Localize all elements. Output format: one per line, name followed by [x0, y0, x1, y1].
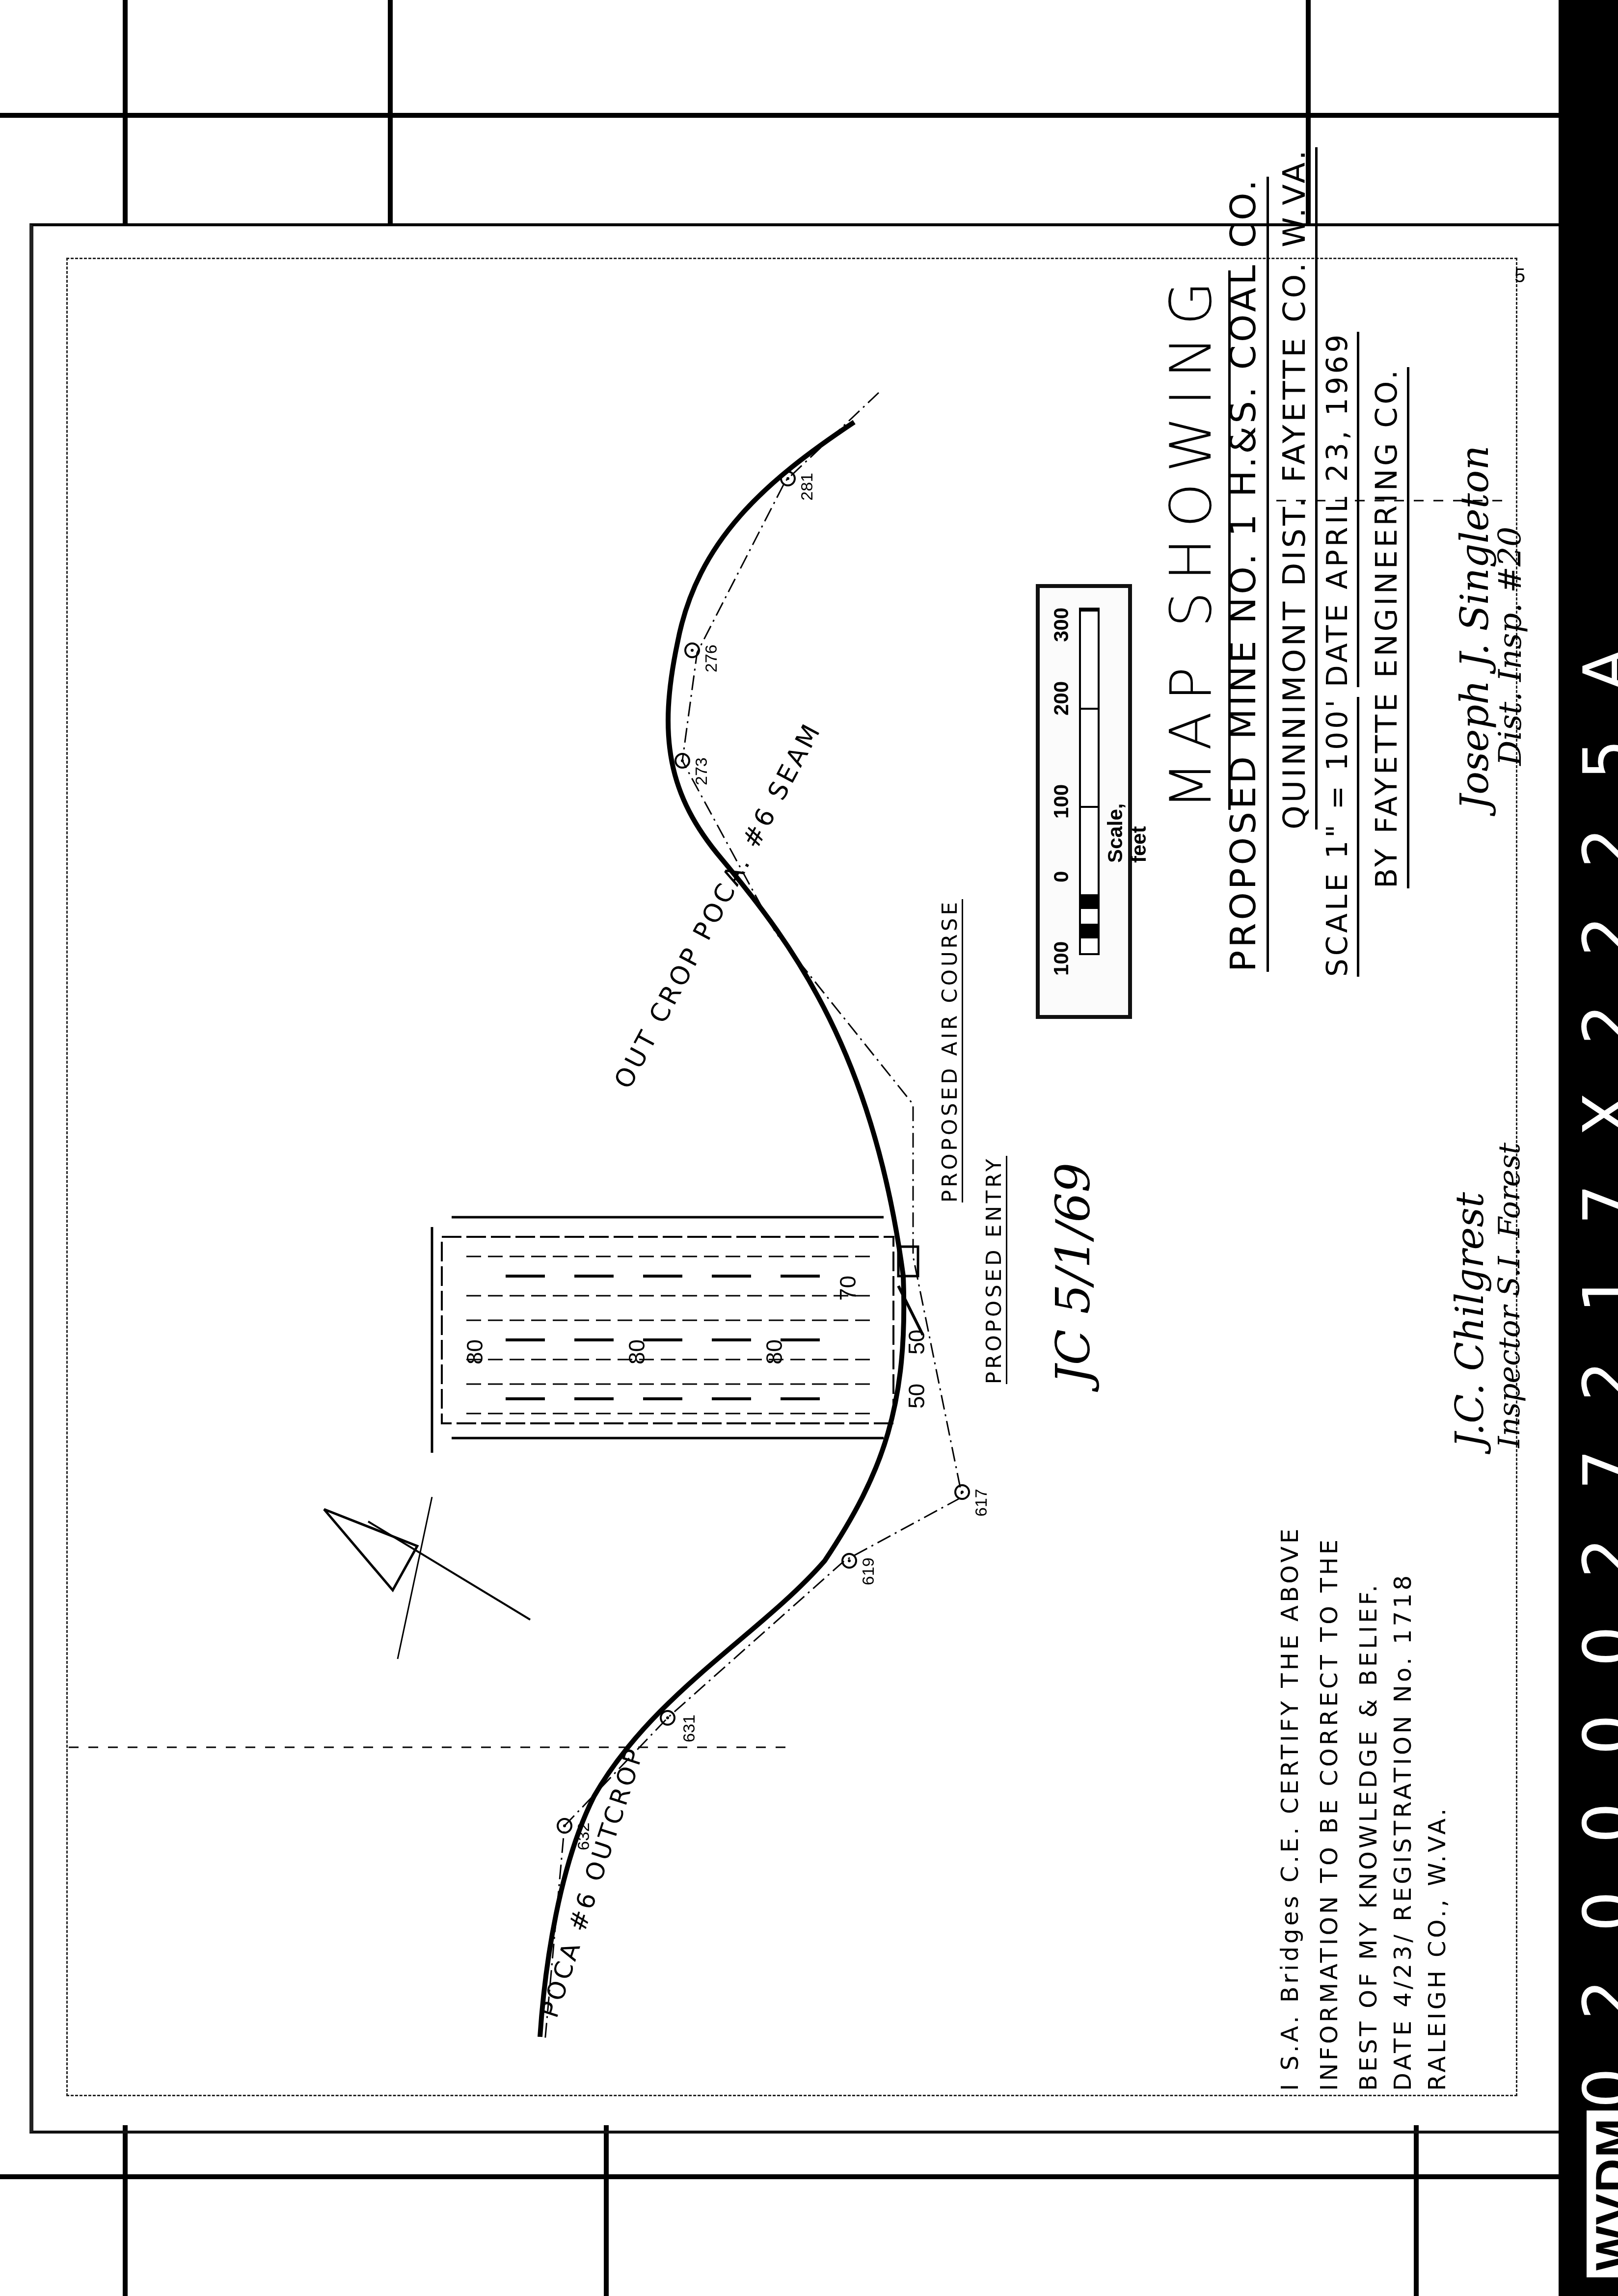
outcrop-line — [540, 422, 904, 2037]
scale-caption: Scale, feet — [1104, 803, 1151, 863]
signature-district-inspector-title: Dist. Insp. #20 — [1492, 527, 1529, 766]
dim-entry-50b: 50 — [903, 1384, 930, 1409]
scale-tick-300: 300 — [1050, 608, 1073, 642]
dim-pillar-3: 80 — [761, 1339, 787, 1364]
dim-pillar-2: 80 — [623, 1339, 650, 1364]
label-proposed-air-course: PROPOSED AIR COURSE — [938, 899, 963, 1202]
map-location: QUINNIMONT DIST. FAYETTE CO. W.VA. — [1276, 147, 1318, 829]
station-631: 631 — [680, 1714, 699, 1742]
approval-initials: JC 5/1/69 — [1046, 1163, 1101, 1384]
corner-mark: 5 — [1514, 265, 1525, 287]
scale-tick-100: 100 — [1050, 784, 1073, 819]
map-date: DATE APRIL 23, 1969 — [1321, 332, 1359, 687]
station-markers — [558, 472, 969, 1833]
signature-inspector-title: Inspector S.I. Forest — [1492, 1143, 1527, 1448]
scale-tick-100-left: 100 — [1050, 941, 1073, 976]
label-proposed-entry: PROPOSED ENTRY — [982, 1156, 1007, 1384]
map-subject: PROPOSED MINE NO. 1 H.&S. COAL CO. — [1222, 177, 1269, 972]
certification-line-4: DATE 4/23/ REGISTRATION No. 1718 — [1389, 1573, 1417, 2091]
signature-inspector: J.C. Chilgrest — [1448, 1192, 1492, 1448]
scale-bar: 100 0 100 200 300 Scale, feet — [1036, 584, 1132, 1019]
mine-block — [432, 1217, 923, 1453]
dim-pillar-1: 80 — [461, 1339, 488, 1364]
map-scale: SCALE 1" = 100' — [1321, 697, 1359, 977]
film-id-strip: WVDM 0 2 0 0 0 0 2 7 2 1 7 X 2 2 2 5 A — [1559, 0, 1618, 2296]
station-617: 617 — [972, 1489, 991, 1517]
station-632: 632 — [574, 1822, 593, 1850]
scale-tick-0: 0 — [1050, 871, 1073, 882]
map-prepared-by: BY FAYETTE ENGINEERING CO. — [1370, 367, 1409, 888]
north-arrow — [324, 1497, 530, 1659]
signature-district-inspector: Joseph J. Singleton — [1453, 446, 1497, 810]
film-tag: WVDM — [1587, 2110, 1618, 2277]
film-number: 0 2 0 0 0 0 2 7 2 1 7 X 2 2 2 5 A — [1569, 634, 1618, 2109]
station-281: 281 — [798, 473, 817, 501]
station-276: 276 — [702, 644, 721, 672]
scale-tick-200: 200 — [1050, 681, 1073, 716]
certification-line-1: I S.A. Bridges C.E. CERTIFY THE ABOVE — [1276, 1526, 1304, 2091]
certification-line-3: BEST OF MY KNOWLEDGE & BELIEF. — [1355, 1582, 1382, 2091]
map-title: MAP SHOWING — [1159, 270, 1231, 810]
certification-line-2: INFORMATION TO BE CORRECT TO THE — [1316, 1537, 1343, 2091]
dim-entry-50a: 50 — [903, 1330, 930, 1355]
scale-bar-graphic — [1079, 608, 1100, 955]
certification-line-5: RALEIGH CO., W.VA. — [1424, 1806, 1451, 2091]
dim-entry-70: 70 — [835, 1276, 861, 1301]
station-273: 273 — [692, 757, 711, 785]
station-619: 619 — [859, 1557, 878, 1585]
